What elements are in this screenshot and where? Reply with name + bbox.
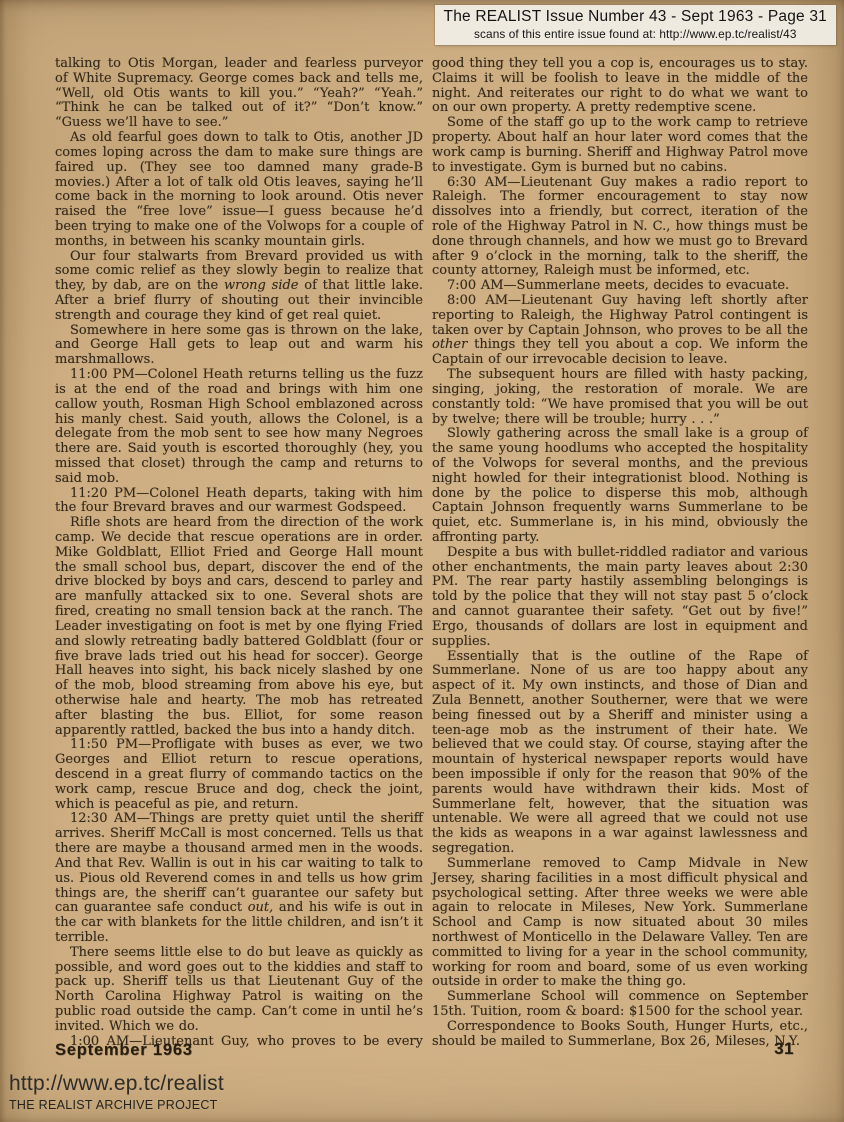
paragraph: Summerlane School will commence on Septe… <box>432 990 808 1020</box>
paragraph: Rifle shots are heard from the direction… <box>55 516 423 738</box>
issue-footer: September 1963 31 <box>55 1041 808 1065</box>
paragraph: Some of the staff go up to the work camp… <box>432 116 808 175</box>
paragraph: 11:20 PM—Colonel Heath departs, taking w… <box>55 487 423 517</box>
paragraph: Summerlane removed to Camp Midvale in Ne… <box>432 857 808 990</box>
page-number: 31 <box>774 1039 794 1059</box>
paragraph: There seems little else to do but leave … <box>55 946 423 1035</box>
paragraph: Despite a bus with bullet-riddled radiat… <box>432 546 808 650</box>
paragraph: Our four stalwarts from Brevard provided… <box>55 250 423 324</box>
paragraph: Somewhere in here some gas is thrown on … <box>55 324 423 368</box>
paragraph: 12:30 AM—Things are pretty quiet until t… <box>55 812 423 945</box>
paragraph: 8:00 AM—Lieutenant Guy having left short… <box>432 294 808 368</box>
archive-header-label: The REALIST Issue Number 43 - Sept 1963 … <box>435 5 836 45</box>
paragraph: 6:30 AM—Lieutenant Guy makes a radio rep… <box>432 176 808 280</box>
archive-url: http://www.ep.tc/realist <box>9 1072 224 1096</box>
paragraph: good thing they tell you a cop is, encou… <box>432 57 808 116</box>
paragraph: 11:50 PM—Profligate with buses as ever, … <box>55 738 423 812</box>
header-scan-source-url: scans of this entire issue found at: htt… <box>444 27 827 41</box>
paragraph: Slowly gathering across the small lake i… <box>432 427 808 546</box>
article-column-right: good thing they tell you a cop is, encou… <box>432 57 808 1049</box>
archive-footer: http://www.ep.tc/realist THE REALIST ARC… <box>9 1072 224 1112</box>
article-body: talking to Otis Morgan, leader and fearl… <box>55 57 808 1049</box>
paragraph: The subsequent hours are filled with has… <box>432 368 808 427</box>
scanned-magazine-page: The REALIST Issue Number 43 - Sept 1963 … <box>0 0 844 1122</box>
header-title: The REALIST Issue Number 43 - Sept 1963 … <box>444 8 827 26</box>
paragraph: 11:00 PM—Colonel Heath returns telling u… <box>55 368 423 487</box>
article-column-left: talking to Otis Morgan, leader and fearl… <box>55 57 423 1049</box>
paragraph: Essentially that is the outline of the R… <box>432 650 808 857</box>
paragraph: 7:00 AM—Summerlane meets, decides to eva… <box>432 279 808 294</box>
paragraph: As old fearful goes down to talk to Otis… <box>55 131 423 250</box>
paragraph: talking to Otis Morgan, leader and fearl… <box>55 57 423 131</box>
issue-date: September 1963 <box>55 1041 193 1060</box>
archive-project-name: THE REALIST ARCHIVE PROJECT <box>9 1098 224 1112</box>
